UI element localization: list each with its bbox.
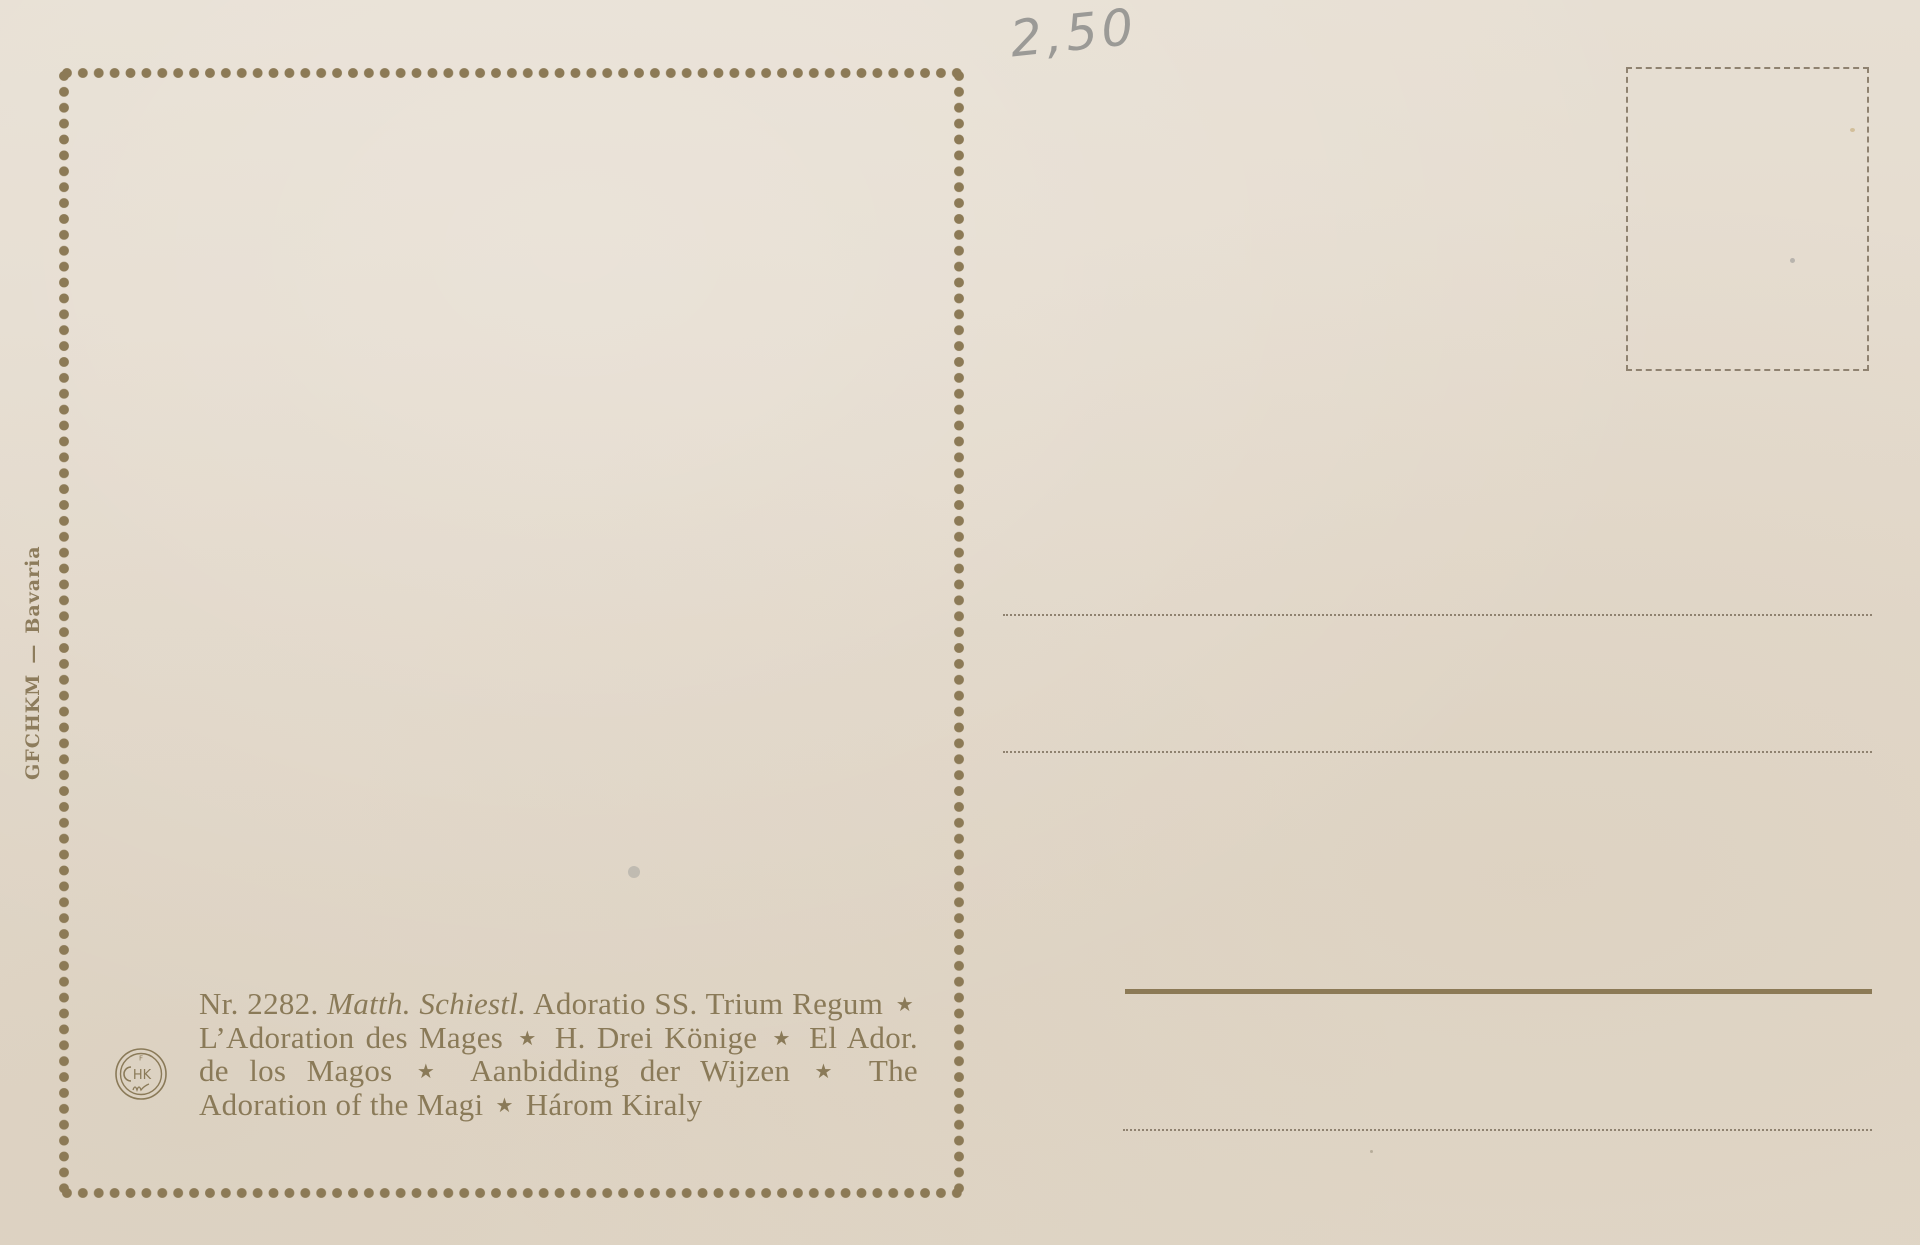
caption-title-german: H. Drei Könige [555, 1020, 757, 1055]
caption-title-hungarian: Három Kiraly [526, 1087, 703, 1122]
caption-title-latin: Adoratio SS. Trium Regum [533, 986, 883, 1021]
address-line-2 [1003, 751, 1872, 753]
frame-top-dots [59, 68, 964, 78]
paper-speck [1850, 128, 1855, 132]
stamp-placeholder-box [1626, 67, 1869, 371]
imprint-separator: — [22, 644, 44, 664]
star-separator-icon: ★ [815, 1061, 846, 1083]
star-separator-icon: ★ [896, 994, 914, 1016]
caption-title-french: L’Adoration des Mages [199, 1020, 503, 1055]
imprint-publisher: GFCHKM [22, 674, 44, 780]
frame-right-dots [954, 68, 964, 1198]
chkm-monogram-icon: F HK [114, 1047, 168, 1101]
address-line-1 [1003, 614, 1872, 616]
frame-left-dots [59, 68, 69, 1198]
paper-stain [628, 866, 640, 878]
publisher-side-imprint: GFCHKM—Bavaria [22, 545, 44, 780]
imprint-region: Bavaria [22, 545, 44, 633]
caption-title-dutch: Aanbidding der Wijzen [470, 1053, 790, 1088]
star-separator-icon: ★ [518, 1028, 539, 1050]
address-line-4 [1123, 1129, 1872, 1131]
svg-text:HK: HK [133, 1068, 152, 1083]
caption-artist: Matth. Schiestl. [327, 986, 526, 1021]
star-separator-icon: ★ [417, 1061, 448, 1083]
caption-number: Nr. 2282. [199, 986, 319, 1021]
svg-text:F: F [139, 1055, 143, 1063]
paper-speck [1370, 1150, 1373, 1153]
star-separator-icon: ★ [495, 1095, 513, 1117]
address-line-3-solid [1125, 989, 1872, 994]
star-separator-icon: ★ [773, 1028, 794, 1050]
artwork-caption: Nr. 2282. Matth. Schiestl. Adoratio SS. … [199, 988, 918, 1122]
paper-speck [1790, 258, 1795, 263]
frame-bottom-dots [59, 1188, 964, 1198]
